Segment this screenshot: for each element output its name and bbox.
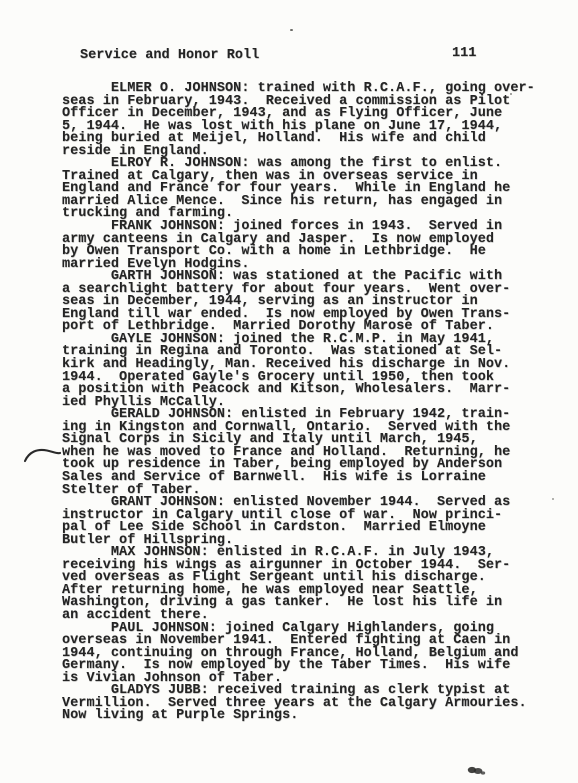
page-header-title: Service and Honor Roll bbox=[80, 48, 259, 63]
scan-speck bbox=[510, 93, 512, 95]
scanned-page: Service and Honor Roll 111 ELMER O. JOHN… bbox=[0, 0, 578, 783]
scan-speck bbox=[552, 498, 554, 500]
ink-smudge-icon bbox=[467, 765, 487, 777]
paragraph-gayle-johnson: GAYLE JOHNSON: joined the R.C.M.P. in Ma… bbox=[62, 334, 540, 409]
paragraph-max-johnson: MAX JOHNSON: enlisted in R.C.A.F. in Jul… bbox=[62, 547, 540, 622]
paragraph-elroy-r-johnson: ELROY R. JOHNSON: was among the first to… bbox=[62, 158, 540, 221]
paragraph-grant-johnson: GRANT JOHNSON: enlisted November 1944. S… bbox=[62, 497, 540, 547]
paragraph-garth-johnson: GARTH JOHNSON: was stationed at the Paci… bbox=[62, 271, 540, 334]
paragraph-paul-johnson: PAUL JOHNSON: joined Calgary Highlanders… bbox=[62, 623, 540, 686]
handwritten-curve-mark-icon bbox=[23, 446, 63, 466]
paragraph-gerald-johnson: GERALD JOHNSON: enlisted in February 194… bbox=[62, 409, 540, 497]
scan-speck bbox=[290, 29, 293, 31]
paragraph-gladys-jubb: GLADYS JUBB: received training as clerk … bbox=[62, 685, 540, 723]
paragraph-elmer-o-johnson: ELMER O. JOHNSON: trained with R.C.A.F.,… bbox=[62, 83, 540, 158]
page-number: 111 bbox=[452, 46, 476, 61]
paragraph-frank-johnson: FRANK JOHNSON: joined forces in 1943. Se… bbox=[62, 221, 540, 271]
page-body: ELMER O. JOHNSON: trained with R.C.A.F.,… bbox=[62, 83, 540, 723]
